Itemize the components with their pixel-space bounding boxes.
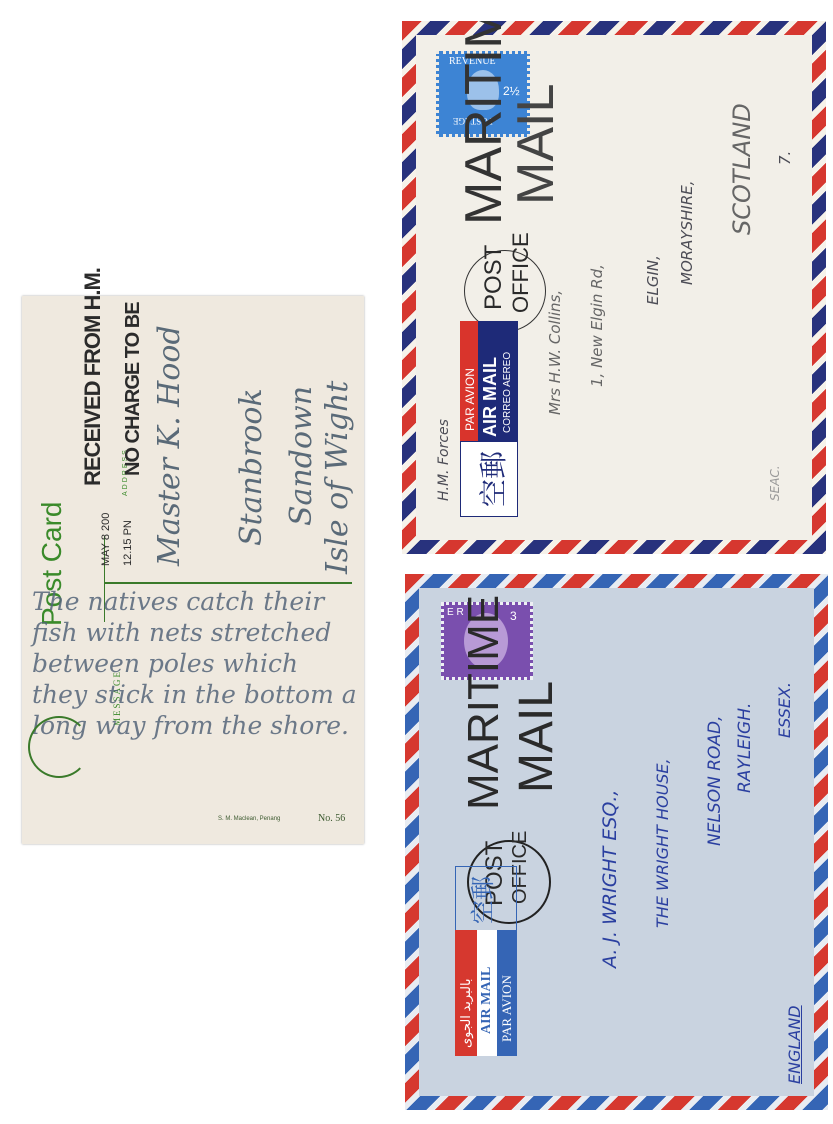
envelope-top: REVENUE POSTAGE 2½ MARITIME MAIL POST OF… bbox=[402, 21, 826, 554]
maritime-cancel-line1: MARITIME bbox=[459, 595, 509, 810]
message-text: The natives catch their fish with nets s… bbox=[32, 586, 357, 741]
circle-cancel-post: POST bbox=[480, 245, 508, 310]
address-line-2: 1, New Elgin Rd, bbox=[588, 264, 606, 387]
sender-note: H.M. Forces bbox=[436, 419, 452, 501]
maritime-cancel-line2: MAIL bbox=[506, 84, 566, 205]
address-line-3: Sandown bbox=[284, 386, 319, 526]
received-stamp-line1: RECEIVED FROM H.M. bbox=[80, 268, 106, 486]
address-line-1: A. J. WRIGHT ESQ., bbox=[599, 790, 621, 968]
envelope-bottom: E R 3 MARITIME MAIL POST OFFICE بالبريد … bbox=[405, 574, 828, 1110]
publisher: S. M. Maclean, Penang bbox=[218, 816, 280, 822]
date-stamp: MAY 8 200 bbox=[100, 513, 112, 566]
address-line-3: NELSON ROAD, bbox=[705, 715, 725, 846]
maritime-cancel-line2: MAIL bbox=[509, 681, 564, 793]
address-line-2: THE WRIGHT HOUSE, bbox=[653, 758, 672, 928]
side-note: SEAC. bbox=[768, 465, 782, 501]
airmail-label: PAR AVION AIR MAIL CORREO AEREO 空郵 bbox=[460, 321, 518, 516]
address-line-5: SCOTLAND bbox=[728, 103, 756, 235]
airmail-cjk-text: 空郵 bbox=[472, 451, 512, 507]
received-stamp-line2: NO CHARGE TO BE bbox=[122, 302, 145, 476]
air-mail-text: AIR MAIL bbox=[479, 967, 495, 1034]
address-line-2: Stanbrook bbox=[234, 388, 269, 546]
address-line-5: ESSEX. bbox=[775, 682, 794, 738]
address-line-1: Master K. Hood bbox=[152, 325, 187, 566]
correo-aereo-text: CORREO AEREO bbox=[502, 352, 513, 433]
address-line-4: Isle of Wight bbox=[320, 381, 355, 574]
circle-cancel-office: OFFICE bbox=[508, 232, 534, 313]
postcard: Post Card MESSAGE ADDRESS RECEIVED FROM … bbox=[22, 296, 364, 844]
time-stamp: 12.15 PN bbox=[122, 520, 134, 566]
par-avion-text: PAR AVION bbox=[463, 368, 477, 431]
address-line-6: 7. bbox=[776, 151, 794, 165]
air-mail-text: AIR MAIL bbox=[480, 357, 501, 437]
postcard-divider-horizontal bbox=[104, 582, 352, 584]
address-line-1: Mrs H.W. Collins, bbox=[546, 290, 564, 415]
arabic-text: بالبريد الجوى bbox=[458, 978, 474, 1048]
card-number: No. 56 bbox=[318, 813, 345, 824]
maritime-cancel-line1: MARITIME bbox=[454, 21, 514, 225]
royal-seal bbox=[28, 716, 90, 778]
address-line-4: RAYLEIGH. bbox=[735, 703, 755, 793]
par-avion-text: PAR AVION bbox=[499, 975, 515, 1042]
address-line-4: MORAYSHIRE, bbox=[678, 181, 696, 286]
address-line-3: ELGIN, bbox=[644, 255, 662, 305]
country: ENGLAND bbox=[785, 1005, 804, 1084]
airmail-cjk-text: 空郵 bbox=[463, 876, 498, 924]
airmail-label: بالبريد الجوى AIR MAIL PAR AVION 空郵 bbox=[455, 866, 517, 1056]
stamp-value: 3 bbox=[510, 609, 517, 623]
